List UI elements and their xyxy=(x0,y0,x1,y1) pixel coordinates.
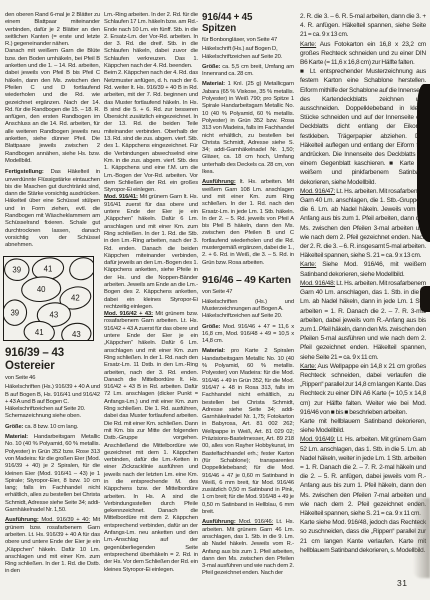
paragraph: Karte: Aus Fotokarton ein 16,8 x 23,2 cm… xyxy=(300,40,426,68)
scan-smudge xyxy=(413,498,430,578)
paragraph: Ausführung: lt. Hs. arbeiten. Mit weißem… xyxy=(202,179,294,267)
magazine-instruction-page: den oberen Rand 6-mal je 2 Blätter zu ei… xyxy=(0,0,430,600)
paragraph: Ausführung: Mod. 916/39 + 40: Mit grünem… xyxy=(5,517,100,575)
photo-sliver-icon xyxy=(420,286,430,312)
paragraph: den oberen Rand 6-mal je 2 Blätter zu ei… xyxy=(5,12,100,48)
text-column-4: 2. R. die 3. – 6. R. 5-mal arbeiten, dan… xyxy=(300,12,426,555)
paragraph: Häkelschriftzeichen auf Seite 20. xyxy=(5,406,100,413)
easter-egg: 43 xyxy=(61,322,92,340)
text-column-2: Lm.-Ring arbeiten. In der 2. Rd. für die… xyxy=(104,12,198,574)
paragraph: Häkelschriften (Hs.) und Musterzeichnung… xyxy=(202,299,294,314)
paragraph: Häkelschriften (Hs.) 916/39 + 40 A und B… xyxy=(5,384,100,406)
section-heading: 916/39 – 43Ostereier xyxy=(5,347,100,372)
paragraph: Häkelschrift (Hs.) auf Bogen D, xyxy=(202,46,294,53)
easter-egg: 39 xyxy=(4,299,28,327)
text-column-1-top: den oberen Rand 6-mal je 2 Blätter zu ei… xyxy=(5,12,100,250)
paragraph: Beim 2. Käppchen nach der 4. Rd. das Net… xyxy=(104,70,198,194)
paragraph: Danach mit weißem Garn die Blüte bzw. de… xyxy=(5,48,100,165)
paragraph: Mod. 916/47: Lt. Hs. arbeiten. Mit rosaf… xyxy=(300,187,426,261)
paragraph: Mod. 916/42 + 43: Mit grünem bzw. rosafa… xyxy=(104,311,198,574)
section-subtitle: von Seite 46 xyxy=(5,375,100,382)
section-subtitle: für Bonbongläser, von Seite 47 xyxy=(202,37,294,44)
paragraph: Material: pro Karte 2 Spiralen Handarbei… xyxy=(202,348,294,516)
paragraph: Größe: ca. 5,5 cm breit, Umfang am Innen… xyxy=(202,64,294,79)
paragraph: 2. R. die 3. – 6. R. 5-mal arbeiten, dan… xyxy=(300,12,426,40)
section-heading: 916/44 + 45Spitzen xyxy=(202,12,294,34)
paragraph: Material: Handarbeitsgarn Metallic No. 1… xyxy=(5,434,100,514)
easter-egg xyxy=(67,257,93,283)
paragraph: Größe: Mod. 916/46 + 47 = 11,6 x 16,8 cm… xyxy=(202,324,294,346)
paragraph: Karte: Aus Wellpappe ein 14,8 x 21 cm gr… xyxy=(300,362,426,417)
egg-number-label: 40 xyxy=(37,285,46,294)
photo-sliver-icon xyxy=(417,84,430,242)
paragraph: Material: 1 Knl. (25 g) Metallicgarn Jab… xyxy=(202,81,294,176)
paragraph: Mod. 916/49: Lt. Hs. arbeiten. Mit grüne… xyxy=(300,435,426,518)
easter-eggs-schematic: 3941404239434143 xyxy=(4,257,93,340)
paragraph: Ausführung: Mod. 916/46: Lt. Hs. arbeite… xyxy=(202,519,294,577)
egg-number-label: 39 xyxy=(12,265,21,274)
paragraph: Größe: ca. 8 bzw. 10 cm lang. xyxy=(5,424,100,431)
section-heading: 916/46 – 49 Karten xyxy=(202,275,294,287)
paragraph: Lm.-Ring arbeiten. In der 2. Rd. für die… xyxy=(104,12,198,70)
egg-number-label: 43 xyxy=(72,330,81,339)
ostereier-diagram: 3941404239434143 xyxy=(3,256,94,341)
paragraph: Häkelschriftzeichen auf Seite 20. xyxy=(202,313,294,320)
easter-egg: 40 xyxy=(21,276,62,303)
paragraph: Karte siehe Mod. 916/48, jedoch das Rech… xyxy=(300,518,426,555)
egg-number-label: 41 xyxy=(44,264,53,273)
text-column-1-bottom: 916/39 – 43Ostereiervon Seite 46Häkelsch… xyxy=(5,347,100,576)
paragraph: Karte: Siehe Mod. 916/46, mit weißem Sat… xyxy=(300,260,426,278)
paragraph: Häkelschriftzeichen auf Seite 20. xyxy=(202,54,294,61)
paragraph: Mod. 916/41: Mit grünem Garn lt. Hs. 916… xyxy=(104,194,198,311)
text-column-3: 916/44 + 45Spitzenfür Bonbongläser, von … xyxy=(202,12,294,578)
egg-number-label: 42 xyxy=(71,294,80,303)
paragraph: Fertigstellung: Das Häkelteil in unverdü… xyxy=(5,169,100,249)
egg-number-label: 43 xyxy=(50,310,59,319)
paragraph: ■ Lt. entsprechender Musterzeichnung aus… xyxy=(300,67,426,187)
paragraph: Karte mit hellblauem Satinband dekoriere… xyxy=(300,417,426,435)
page-number: 31 xyxy=(397,578,407,588)
easter-egg: 39 xyxy=(4,258,30,282)
section-subtitle: von Seite 47 xyxy=(202,289,294,296)
egg-number-label: 41 xyxy=(35,328,44,337)
paragraph: Schemazeichnung siehe oben. xyxy=(5,413,100,420)
egg-number-label: 39 xyxy=(10,308,19,317)
paragraph: Mod. 916/48: Lt. Hs. arbeiten. Mit rosaf… xyxy=(300,279,426,362)
